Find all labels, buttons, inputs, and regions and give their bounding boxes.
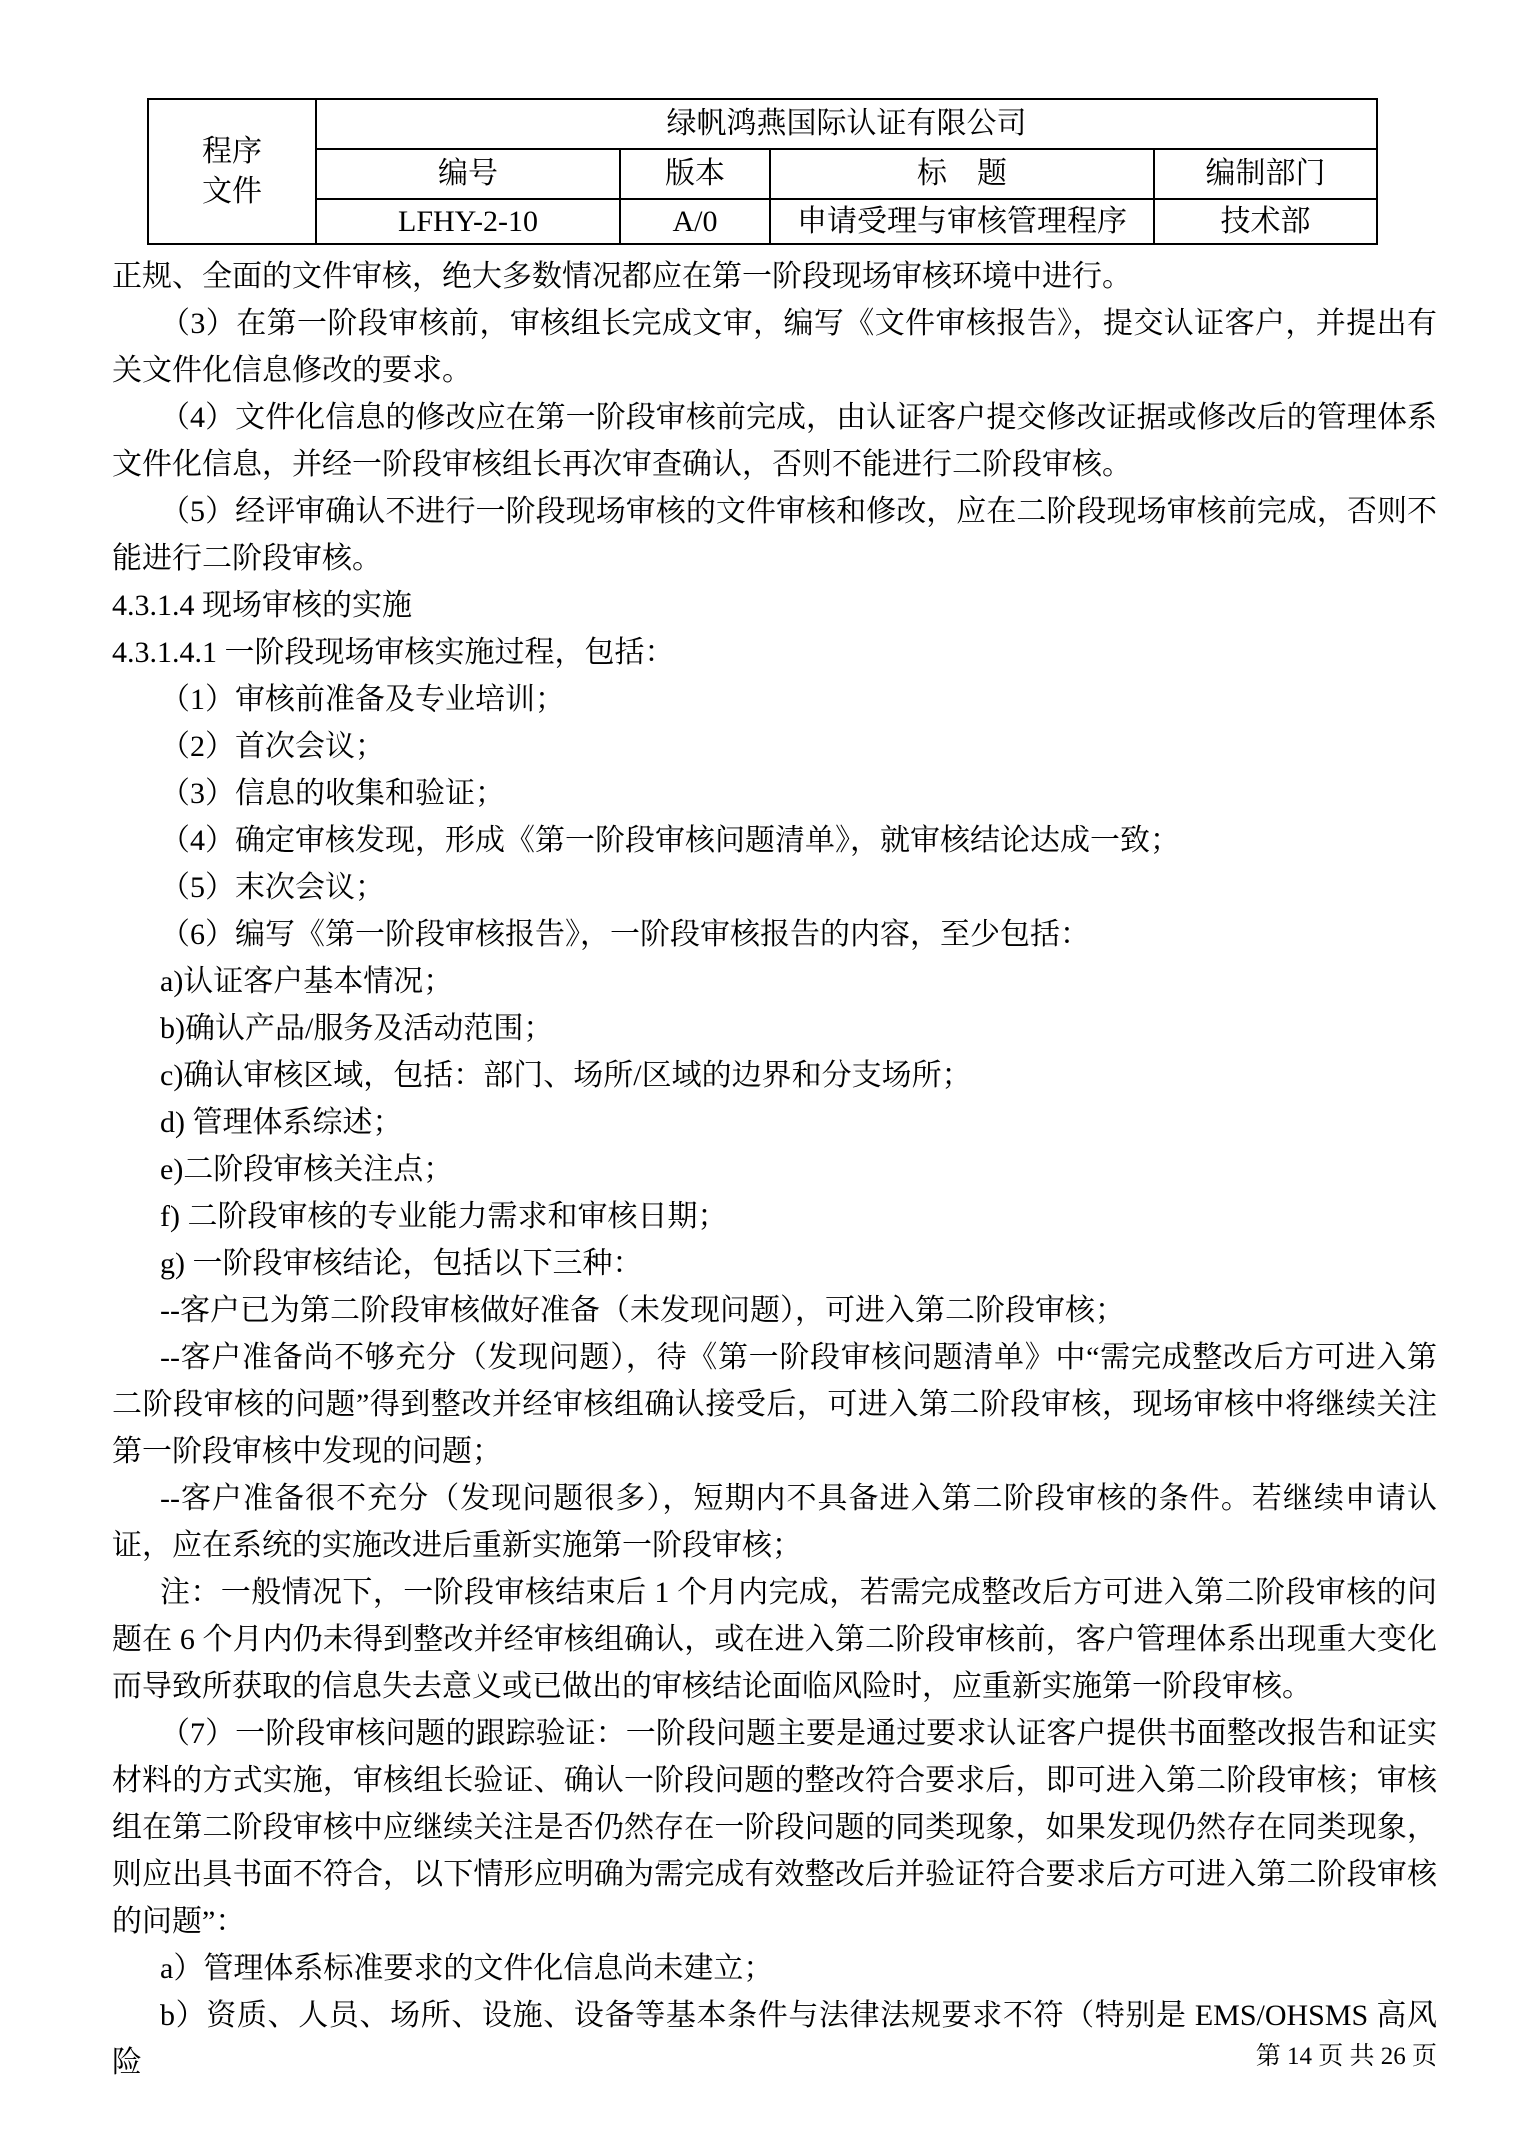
doc-list-item: a）管理体系标准要求的文件化信息尚未建立； xyxy=(112,1945,1437,1992)
header-table-row-company: 程序 文件 绿帆鸿燕国际认证有限公司 xyxy=(148,99,1377,149)
header-table-row-columns: 编号 版本 标 题 编制部门 xyxy=(148,149,1377,199)
doc-list-item: （2）首次会议； xyxy=(112,723,1437,770)
doc-version: A/0 xyxy=(620,199,770,244)
col-header-code: 编号 xyxy=(316,149,620,199)
doc-list-item: c)确认审核区域，包括：部门、场所/区域的边界和分支场所； xyxy=(112,1052,1437,1099)
document-text: 正规、全面的文件审核，绝大多数情况都应在第一阶段现场审核环境中进行。 （3）在第… xyxy=(112,253,1437,2086)
doc-list-item: （5）末次会议； xyxy=(112,864,1437,911)
doc-note: 注：一般情况下，一阶段审核结束后 1 个月内完成，若需完成整改后方可进入第二阶段… xyxy=(112,1569,1437,1710)
col-header-department: 编制部门 xyxy=(1154,149,1377,199)
doc-section-heading: 4.3.1.4.1 一阶段现场审核实施过程，包括： xyxy=(112,629,1437,676)
doc-list-item: --客户准备很不充分（发现问题很多），短期内不具备进入第二阶段审核的条件。若继续… xyxy=(112,1475,1437,1569)
col-header-title: 标 题 xyxy=(770,149,1154,199)
doc-list-item: e)二阶段审核关注点； xyxy=(112,1146,1437,1193)
doc-type-cell: 程序 文件 xyxy=(148,99,316,244)
doc-paragraph: （5）经评审确认不进行一阶段现场审核的文件审核和修改，应在二阶段现场审核前完成，… xyxy=(112,488,1437,582)
col-header-version: 版本 xyxy=(620,149,770,199)
doc-list-item: --客户已为第二阶段审核做好准备（未发现问题），可进入第二阶段审核； xyxy=(112,1287,1437,1334)
doc-code: LFHY-2-10 xyxy=(316,199,620,244)
doc-department: 技术部 xyxy=(1154,199,1377,244)
document-page: 程序 文件 绿帆鸿燕国际认证有限公司 编号 版本 标 题 编制部门 LFHY-2… xyxy=(0,0,1514,2140)
page-number-label: 第 14 页 共 26 页 xyxy=(1256,2043,1437,2070)
doc-type-line-1: 程序 xyxy=(149,132,315,172)
doc-list-item: （3）信息的收集和验证； xyxy=(112,770,1437,817)
doc-list-item: （4）确定审核发现，形成《第一阶段审核问题清单》，就审核结论达成一致； xyxy=(112,817,1437,864)
doc-list-item: （1）审核前准备及专业培训； xyxy=(112,676,1437,723)
doc-paragraph: 正规、全面的文件审核，绝大多数情况都应在第一阶段现场审核环境中进行。 xyxy=(112,253,1437,300)
doc-title: 申请受理与审核管理程序 xyxy=(770,199,1154,244)
doc-list-item: --客户准备尚不够充分（发现问题），待《第一阶段审核问题清单》中“需完成整改后方… xyxy=(112,1334,1437,1475)
company-name: 绿帆鸿燕国际认证有限公司 xyxy=(316,99,1377,149)
document-header-table: 程序 文件 绿帆鸿燕国际认证有限公司 编号 版本 标 题 编制部门 LFHY-2… xyxy=(147,98,1378,245)
doc-list-item: g) 一阶段审核结论，包括以下三种： xyxy=(112,1240,1437,1287)
doc-paragraph: （7）一阶段审核问题的跟踪验证：一阶段问题主要是通过要求认证客户提供书面整改报告… xyxy=(112,1710,1437,1945)
doc-section-heading: 4.3.1.4 现场审核的实施 xyxy=(112,582,1437,629)
doc-list-item: （6）编写《第一阶段审核报告》，一阶段审核报告的内容，至少包括： xyxy=(112,911,1437,958)
doc-type-line-2: 文件 xyxy=(149,172,315,212)
doc-list-item: d) 管理体系综述； xyxy=(112,1099,1437,1146)
doc-paragraph: （4）文件化信息的修改应在第一阶段审核前完成，由认证客户提交修改证据或修改后的管… xyxy=(112,394,1437,488)
doc-list-item: f) 二阶段审核的专业能力需求和审核日期； xyxy=(112,1193,1437,1240)
header-table-row-values: LFHY-2-10 A/0 申请受理与审核管理程序 技术部 xyxy=(148,199,1377,244)
doc-list-item: b)确认产品/服务及活动范围； xyxy=(112,1005,1437,1052)
doc-list-item: a)认证客户基本情况； xyxy=(112,958,1437,1005)
page-content: 程序 文件 绿帆鸿燕国际认证有限公司 编号 版本 标 题 编制部门 LFHY-2… xyxy=(112,98,1437,2086)
page-footer: 第 14 页 共 26 页 xyxy=(112,2042,1437,2072)
doc-paragraph: （3）在第一阶段审核前，审核组长完成文审，编写《文件审核报告》，提交认证客户，并… xyxy=(112,300,1437,394)
